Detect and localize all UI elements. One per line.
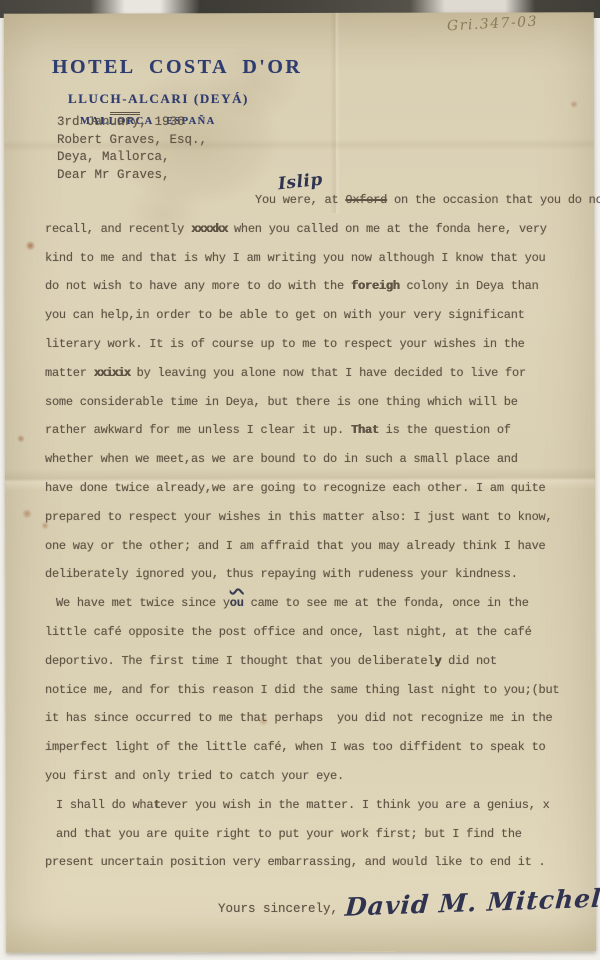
salutation: Dear Mr Graves, bbox=[57, 167, 207, 185]
text-segment: We have met twice since y bbox=[56, 596, 230, 610]
text-segment: did not bbox=[441, 654, 497, 668]
letter-line: recall, and recently xxxxkx when you cal… bbox=[45, 215, 570, 244]
letter-line: You were, at Oxford on the occasion that… bbox=[255, 186, 570, 215]
letter-line: present uncertain position very embarras… bbox=[45, 848, 570, 877]
text-segment: That bbox=[351, 423, 379, 437]
text-segment: literary work. It is of course up to me … bbox=[45, 337, 525, 351]
letter-line: it has since occurred to me that perhaps… bbox=[45, 704, 570, 733]
recipient-lines: Robert Graves, Esq.,Deya, Mallorca, bbox=[57, 132, 207, 167]
letter-line: imperfect light of the little café, when… bbox=[45, 733, 570, 762]
text-segment: xxixix bbox=[94, 366, 130, 380]
closing-line: Yours sincerely, bbox=[218, 902, 338, 916]
text-segment: recall, and recently bbox=[45, 222, 191, 236]
text-segment: rather awkward for me unless I clear it … bbox=[45, 423, 351, 437]
letter-line: deliberately ignored you, thus repaying … bbox=[45, 560, 570, 589]
text-segment: you first and only tried to catch your e… bbox=[45, 769, 344, 783]
text-segment: , 1936 bbox=[140, 115, 185, 129]
date-line: 3rd January, 1936 bbox=[57, 114, 207, 132]
hotel-location: LLUCH-ALCARI (DEYÁ) bbox=[68, 91, 302, 107]
text-segment: Oxford bbox=[345, 193, 387, 207]
letter-line: We have met twice since you came to see … bbox=[56, 589, 570, 618]
text-segment: do not wish to have any more to do with … bbox=[45, 279, 351, 293]
text-segment: have done twice already,we are going to … bbox=[45, 481, 545, 495]
letter-line: matter xxixix by leaving you alone now t… bbox=[45, 359, 570, 388]
letter-line: kind to me and that is why I am writing … bbox=[45, 244, 570, 273]
text-segment: ever you wish in the matter. I think you… bbox=[160, 798, 549, 812]
text-segment: deportivo. The first time I thought that… bbox=[45, 654, 434, 668]
text-segment: by leaving you alone now that I have dec… bbox=[130, 366, 526, 380]
letter-line: I shall do whatever you wish in the matt… bbox=[56, 791, 570, 820]
text-segment: kind to me and that is why I am writing … bbox=[45, 251, 545, 265]
letter-line: rather awkward for me unless I clear it … bbox=[45, 416, 570, 445]
letter-line: you can help,in order to be able to get … bbox=[45, 301, 570, 330]
recipient-line: Deya, Mallorca, bbox=[57, 149, 207, 167]
letter-line: some considerable time in Deya, but ther… bbox=[45, 388, 570, 417]
text-segment: whether when we meet,as we are bound to … bbox=[45, 452, 518, 466]
fold-crease-vertical bbox=[330, 13, 341, 213]
text-segment: and that you are quite right to put your… bbox=[56, 827, 522, 841]
text-segment: prepared to respect your wishes in this … bbox=[45, 510, 552, 524]
text-segment: notice me, and for this reason I did the… bbox=[45, 683, 559, 697]
text-segment: it has since occurred to me that perhaps… bbox=[45, 711, 552, 725]
address-block: 3rd January, 1936 Robert Graves, Esq.,De… bbox=[57, 114, 207, 184]
letter-line: little café opposite the post office and… bbox=[45, 618, 570, 647]
letter-line: deportivo. The first time I thought that… bbox=[45, 647, 570, 676]
letter-line: one way or the other; and I am affraid t… bbox=[45, 532, 570, 561]
hotel-name: HOTEL COSTA D'OR bbox=[52, 56, 302, 79]
text-segment: I shall do wha bbox=[56, 798, 153, 812]
letter-line: and that you are quite right to put your… bbox=[56, 820, 570, 849]
text-segment: ou bbox=[230, 596, 244, 610]
letter-line: whether when we meet,as we are bound to … bbox=[45, 445, 570, 474]
text-segment: xxxxkx bbox=[191, 222, 227, 236]
text-segment: came to see me at the fonda, once in the bbox=[244, 596, 529, 610]
text-segment: when you called on me at the fonda here,… bbox=[227, 222, 547, 236]
letter-line: have done twice already,we are going to … bbox=[45, 474, 570, 503]
recipient-line: Robert Graves, Esq., bbox=[57, 132, 207, 150]
text-segment: colony in Deya than bbox=[400, 279, 539, 293]
text-segment: is the question of bbox=[379, 423, 511, 437]
letter-line: prepared to respect your wishes in this … bbox=[45, 503, 570, 532]
text-segment: on the occasion that you do not bbox=[387, 193, 600, 207]
text-segment: some considerable time in Deya, but ther… bbox=[45, 395, 518, 409]
letter-line: notice me, and for this reason I did the… bbox=[45, 676, 570, 705]
text-segment: little café opposite the post office and… bbox=[45, 625, 532, 639]
text-segment: present uncertain position very embarras… bbox=[45, 855, 545, 869]
letter-body: You were, at Oxford on the occasion that… bbox=[45, 186, 570, 877]
letter-line: literary work. It is of course up to me … bbox=[45, 330, 570, 359]
text-segment: deliberately ignored you, thus repaying … bbox=[45, 567, 518, 581]
text-segment: You were, at bbox=[255, 193, 345, 207]
text-segment: imperfect light of the little café, when… bbox=[45, 740, 545, 754]
text-segment: one way or the other; and I am affraid t… bbox=[45, 539, 545, 553]
text-segment: matter bbox=[45, 366, 94, 380]
text-segment: 3rd Jan bbox=[57, 115, 110, 129]
letter-line: you first and only tried to catch your e… bbox=[45, 762, 570, 791]
text-segment: foreigh bbox=[351, 279, 400, 293]
letter-line: do not wish to have any more to do with … bbox=[45, 272, 570, 301]
text-segment: you can help,in order to be able to get … bbox=[45, 308, 525, 322]
text-segment: uary bbox=[110, 112, 140, 129]
